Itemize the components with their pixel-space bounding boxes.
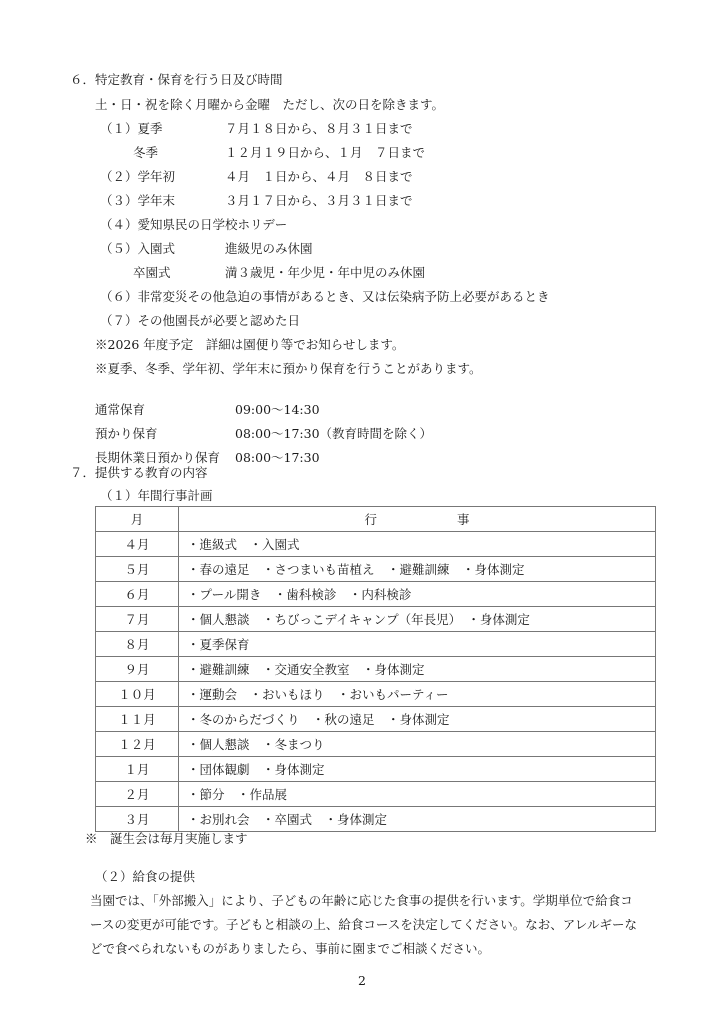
- hours-holiday-label: 長期休業日預かり保育: [95, 450, 220, 466]
- table-row: １月・団体観劇 ・身体測定: [96, 757, 656, 782]
- item-term-start-label: （２）学年初: [100, 169, 175, 185]
- month-cell: ７月: [96, 607, 179, 632]
- table-row: ２月・節分 ・作品展: [96, 782, 656, 807]
- month-cell: ６月: [96, 582, 179, 607]
- table-row: ６月・プール開き ・歯科検診 ・内科検診: [96, 582, 656, 607]
- table-row: ７月・個人懇談 ・ちびっこデイキャンプ（年長児） ・身体測定: [96, 607, 656, 632]
- events-cell: ・夏季保育: [179, 632, 656, 657]
- section-7-title: ７．提供する教育の内容: [70, 465, 208, 481]
- item-aichi-holiday: （４）愛知県民の日学校ホリデー: [100, 217, 287, 233]
- table-row: ３月・お別れ会 ・卒園式 ・身体測定: [96, 807, 656, 832]
- hours-extended-value: 08:00～17:30（教育時間を除く）: [235, 426, 432, 442]
- item-entrance-label: （５）入園式: [100, 241, 175, 257]
- meal-paragraph-line-2: ースの変更が可能です。子どもと相談の上、給食コースを決定してください。なお、アレ…: [90, 917, 637, 933]
- item-graduation-value: 満３歳児・年少児・年中児のみ休園: [225, 265, 425, 281]
- item-winter-value: １２月１９日から、１月 ７日まで: [225, 145, 425, 161]
- events-cell: ・避難訓練 ・交通安全教室 ・身体測定: [179, 657, 656, 682]
- meal-subtitle: （２）給食の提供: [95, 869, 195, 885]
- hours-regular-label: 通常保育: [95, 402, 145, 418]
- item-term-end-label: （３）学年末: [100, 193, 175, 209]
- note-extended-care: ※夏季、冬季、学年初、学年末に預かり保育を行うことがあります。: [95, 361, 482, 377]
- events-cell: ・冬のからだづくり ・秋の遠足 ・身体測定: [179, 707, 656, 732]
- item-graduation-label: 卒園式: [133, 265, 171, 281]
- annual-events-subtitle: （１）年間行事計画: [100, 488, 213, 504]
- month-cell: ９月: [96, 657, 179, 682]
- month-cell: ５月: [96, 557, 179, 582]
- events-cell: ・節分 ・作品展: [179, 782, 656, 807]
- events-cell: ・お別れ会 ・卒園式 ・身体測定: [179, 807, 656, 832]
- events-cell: ・個人懇談 ・ちびっこデイキャンプ（年長児） ・身体測定: [179, 607, 656, 632]
- table-header-row: 月 行事: [96, 507, 656, 532]
- table-row: ９月・避難訓練 ・交通安全教室 ・身体測定: [96, 657, 656, 682]
- item-director: （７）その他園長が必要と認めた日: [100, 313, 300, 329]
- section-6-intro: 土・日・祝を除く月曜から金曜 ただし、次の日を除きます。: [95, 97, 444, 113]
- events-cell: ・進級式 ・入園式: [179, 532, 656, 557]
- page-number: 2: [0, 973, 724, 988]
- month-cell: ８月: [96, 632, 179, 657]
- header-events-a: 行: [364, 512, 377, 527]
- header-events-b: 事: [457, 512, 470, 527]
- annual-events-table: 月 行事 ４月・進級式 ・入園式 ５月・春の遠足 ・さつまいも苗植え ・避難訓練…: [95, 506, 656, 832]
- events-cell: ・プール開き ・歯科検診 ・内科検診: [179, 582, 656, 607]
- header-month: 月: [96, 507, 179, 532]
- item-summer-label: （１）夏季: [100, 121, 163, 137]
- meal-paragraph-line-1: 当園では、「外部搬入」により、子どもの年齢に応じた食事の提供を行います。学期単位…: [90, 893, 633, 909]
- hours-extended-label: 預かり保育: [95, 426, 158, 442]
- birthday-note: ※ 誕生会は毎月実施します: [85, 831, 248, 847]
- events-cell: ・春の遠足 ・さつまいも苗植え ・避難訓練 ・身体測定: [179, 557, 656, 582]
- item-entrance-value: 進級児のみ休園: [225, 241, 313, 257]
- month-cell: １０月: [96, 682, 179, 707]
- month-cell: １１月: [96, 707, 179, 732]
- table-row: ５月・春の遠足 ・さつまいも苗植え ・避難訓練 ・身体測定: [96, 557, 656, 582]
- header-events: 行事: [179, 507, 656, 532]
- note-schedule: ※2026 年度予定 詳細は園便り等でお知らせします。: [95, 337, 404, 353]
- month-cell: ３月: [96, 807, 179, 832]
- events-cell: ・個人懇談 ・冬まつり: [179, 732, 656, 757]
- hours-regular-value: 09:00～14:30: [235, 402, 320, 418]
- item-summer-value: ７月１８日から、８月３１日まで: [225, 121, 413, 137]
- events-cell: ・運動会 ・おいもほり ・おいもパーティー: [179, 682, 656, 707]
- month-cell: １月: [96, 757, 179, 782]
- section-6-title: ６．特定教育・保育を行う日及び時間: [70, 72, 283, 88]
- table-row: １２月・個人懇談 ・冬まつり: [96, 732, 656, 757]
- hours-holiday-value: 08:00～17:30: [235, 450, 320, 466]
- table-row: ４月・進級式 ・入園式: [96, 532, 656, 557]
- item-emergency: （６）非常変災その他急迫の事情があるとき、又は伝染病予防上必要があるとき: [100, 289, 550, 305]
- month-cell: ２月: [96, 782, 179, 807]
- item-winter-label: 冬季: [133, 145, 158, 161]
- table-row: ８月・夏季保育: [96, 632, 656, 657]
- meal-paragraph-line-3: どで食べられないものがありましたら、事前に園までご相談ください。: [90, 941, 490, 957]
- month-cell: １２月: [96, 732, 179, 757]
- item-term-end-value: ３月１７日から、３月３１日まで: [225, 193, 413, 209]
- events-cell: ・団体観劇 ・身体測定: [179, 757, 656, 782]
- item-term-start-value: ４月 １日から、４月 ８日まで: [225, 169, 413, 185]
- table-row: １０月・運動会 ・おいもほり ・おいもパーティー: [96, 682, 656, 707]
- month-cell: ４月: [96, 532, 179, 557]
- table-row: １１月・冬のからだづくり ・秋の遠足 ・身体測定: [96, 707, 656, 732]
